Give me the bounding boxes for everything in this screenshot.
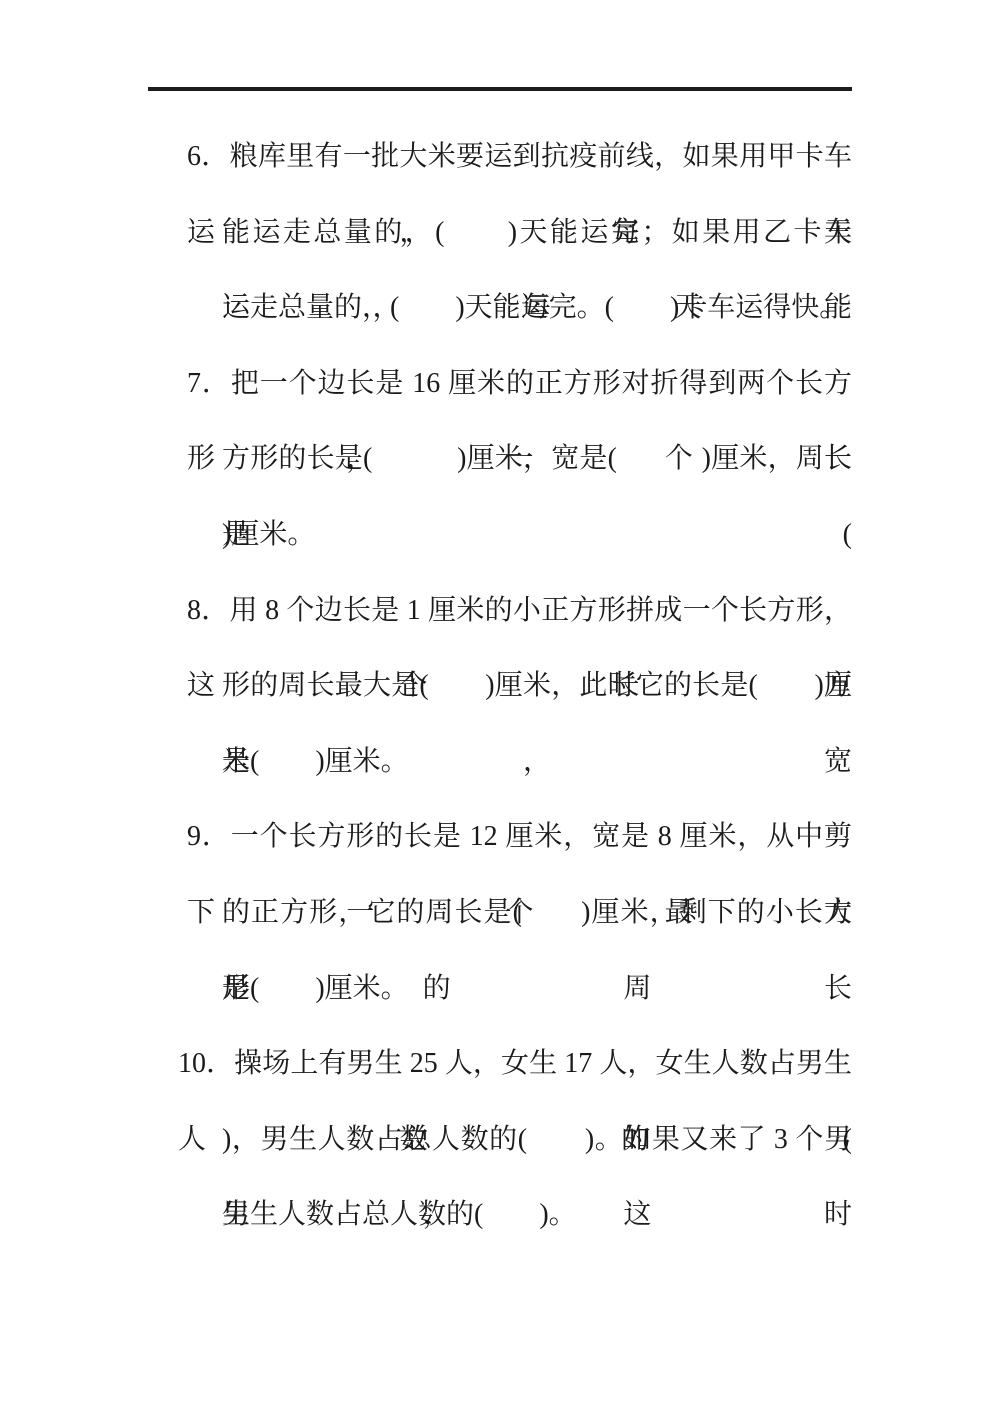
question-6-line-2: 能运走总量的，( )天能运完；如果用乙卡车运，每天能 [0,195,1000,271]
question-list: 6．粮库里有一批大米要运到抗疫前线，如果用甲卡车运，每天 能运走总量的，( )天… [0,119,1000,1253]
question-7-line-2: 方形的长是( )厘米，宽是( )厘米，周长是( [0,421,1000,497]
worksheet-page: 6．粮库里有一批大米要运到抗疫前线，如果用甲卡车运，每天 能运走总量的，( )天… [0,0,1000,1415]
question-7: 7．把一个边长是 16 厘米的正方形对折得到两个长方形，一个长 方形的长是( )… [0,346,1000,573]
question-8: 8．用 8 个边长是 1 厘米的小正方形拼成一个长方形，这个长方 形的周长最大是… [0,573,1000,800]
question-8-line-2: 形的周长最大是( )厘米，此时它的长是( )厘米，宽 [0,648,1000,724]
question-9-line-1: 9．一个长方形的长是 12 厘米，宽是 8 厘米，从中剪下一个最大 [0,799,1000,875]
header-rule [148,87,852,91]
question-10-line-2: )，男生人数占总人数的( )。如果又来了 3 个男生，这时 [0,1102,1000,1178]
question-9-line-2: 的正方形，它的周长是( )厘米，剩下的小长方形的周长 [0,875,1000,951]
question-8-line-1: 8．用 8 个边长是 1 厘米的小正方形拼成一个长方形，这个长方 [0,573,1000,649]
question-10: 10．操场上有男生 25 人，女生 17 人，女生人数占男生人数的( )，男生人… [0,1026,1000,1253]
question-6-line-1: 6．粮库里有一批大米要运到抗疫前线，如果用甲卡车运，每天 [0,119,1000,195]
question-10-line-1: 10．操场上有男生 25 人，女生 17 人，女生人数占男生人数的( [0,1026,1000,1102]
question-9: 9．一个长方形的长是 12 厘米，宽是 8 厘米，从中剪下一个最大 的正方形，它… [0,799,1000,1026]
question-6: 6．粮库里有一批大米要运到抗疫前线，如果用甲卡车运，每天 能运走总量的，( )天… [0,119,1000,346]
question-7-line-1: 7．把一个边长是 16 厘米的正方形对折得到两个长方形，一个长 [0,346,1000,422]
